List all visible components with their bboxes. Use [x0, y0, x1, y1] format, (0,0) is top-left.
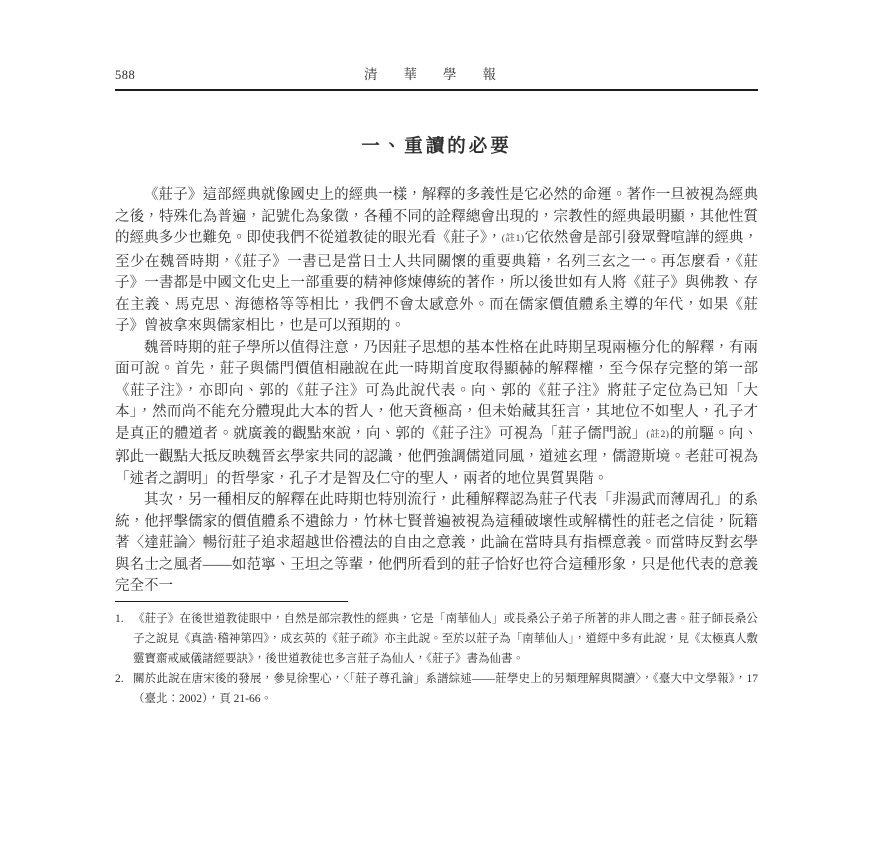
footnote-number: 1.	[115, 609, 129, 629]
page-content: 588 清華學報 一、重讀的必要 《莊子》這部經典就像國史上的經典一樣，解釋的多…	[115, 0, 758, 709]
article-body: 《莊子》這部經典就像國史上的經典一樣，解釋的多義性是它必然的命運。著作一旦被視為…	[115, 185, 758, 598]
header-rule	[115, 89, 758, 91]
journal-title: 清華學報	[351, 67, 522, 83]
journal-page: 588 清華學報 一、重讀的必要 《莊子》這部經典就像國史上的經典一樣，解釋的多…	[0, 0, 870, 842]
footnote-number: 2.	[115, 669, 129, 689]
footnote-item: 2.關於此說在唐宋後的發展，參見徐聖心，〈「莊子尊孔論」系譜綜述——莊學史上的另…	[115, 669, 758, 709]
footnotes-section: 1.《莊子》在後世道教徒眼中，自然是部宗教性的經典，它是「南華仙人」或長桑公子弟…	[115, 601, 758, 709]
body-paragraph: 《莊子》這部經典就像國史上的經典一樣，解釋的多義性是它必然的命運。著作一旦被視為…	[115, 185, 758, 338]
footnote-text: 《莊子》在後世道教徒眼中，自然是部宗教性的經典，它是「南華仙人」或長桑公子弟子所…	[133, 613, 758, 665]
paragraph-text: 魏晉時期的莊子學所以值得注意，乃因莊子思想的基本性格在此時期呈現兩極分化的解釋，…	[115, 340, 758, 442]
body-paragraph: 其次，另一種相反的解釋在此時期也特別流行，此種解釋認為莊子代表「非湯武而薄周孔」…	[115, 490, 758, 598]
footnote-separator	[115, 601, 348, 602]
body-paragraph: 魏晉時期的莊子學所以值得注意，乃因莊子思想的基本性格在此時期呈現兩極分化的解釋，…	[115, 338, 758, 491]
section-heading: 一、重讀的必要	[115, 135, 758, 159]
page-number: 588	[115, 67, 135, 83]
footnote-ref-1: (註1)	[502, 234, 525, 244]
paragraph-text: 其次，另一種相反的解釋在此時期也特別流行，此種解釋認為莊子代表「非湯武而薄周孔」…	[115, 492, 758, 594]
footnote-text: 關於此說在唐宋後的發展，參見徐聖心，〈「莊子尊孔論」系譜綜述——莊學史上的另類理…	[133, 673, 758, 705]
footnote-list: 1.《莊子》在後世道教徒眼中，自然是部宗教性的經典，它是「南華仙人」或長桑公子弟…	[115, 609, 758, 709]
footnote-ref-2: (註2)	[646, 430, 669, 440]
footnote-item: 1.《莊子》在後世道教徒眼中，自然是部宗教性的經典，它是「南華仙人」或長桑公子弟…	[115, 609, 758, 669]
running-head: 588 清華學報	[115, 67, 758, 83]
